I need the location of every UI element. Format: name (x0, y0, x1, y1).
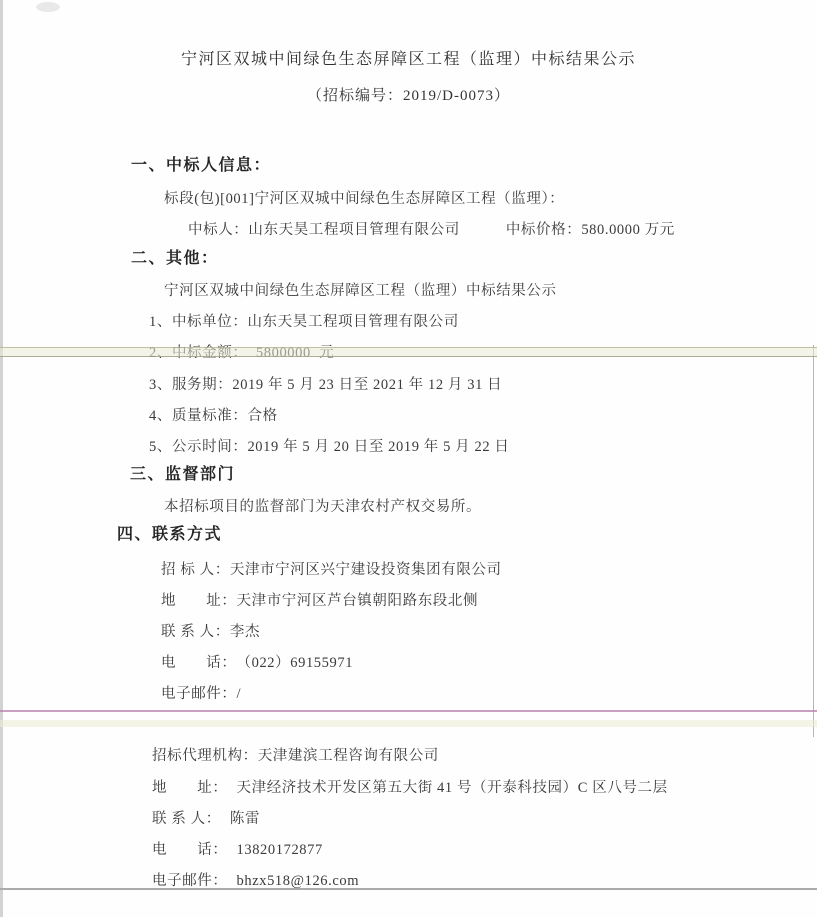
doc-subtitle: （招标编号：2019/D-0073） (0, 86, 817, 106)
lot-line: 标段(包)[001]宁河区双城中间绿色生态屏障区工程（监理）： (164, 189, 564, 209)
doc-title: 宁河区双城中间绿色生态屏障区工程（监理）中标结果公示 (0, 50, 817, 70)
agency-name-value: 天津建滨工程咨询有限公司 (258, 748, 439, 764)
scanned-document-page: 宁河区双城中间绿色生态屏障区工程（监理）中标结果公示 （招标编号：2019/D-… (0, 0, 817, 917)
agency-name-label: 招标代理机构： (152, 746, 258, 766)
tenderer-address-value: 天津市宁河区芦台镇朝阳路东段北侧 (237, 593, 479, 609)
winner-value: 山东天昊工程项目管理有限公司 (248, 222, 459, 238)
supervision-body: 本招标项目的监督部门为天津农村产权交易所。 (164, 497, 481, 517)
scan-seam-pink-line (0, 710, 817, 712)
agency-phone-label: 电 话： (152, 840, 228, 860)
tenderer-email-label: 电子邮件： (161, 684, 237, 704)
tenderer-email-row: 电子邮件：/ (161, 684, 241, 724)
agency-address-label: 地 址： (152, 778, 228, 798)
scan-left-edge-line (0, 0, 3, 917)
tenderer-email-value: / (237, 686, 242, 702)
price-label: 中标价格： (506, 220, 582, 240)
winner-label: 中标人： (188, 220, 248, 240)
tenderer-contact-value: 李杰 (230, 624, 260, 640)
agency-contact-value: 陈雷 (230, 811, 260, 827)
agency-email-label: 电子邮件： (152, 871, 228, 891)
price-group: 中标价格：580.0000 万元 (506, 222, 675, 238)
scan-seam-yellow-band (0, 720, 817, 727)
agency-email-row: 电子邮件：bhzx518@126.com (152, 871, 359, 911)
list-item-winner-unit: 1、中标单位：山东天昊工程项目管理有限公司 (149, 312, 459, 332)
agency-phone-value: 13820172877 (237, 842, 323, 858)
list-item-service-term: 3、服务期：2019 年 5 月 23 日至 2021 年 12 月 31 日 (149, 375, 502, 395)
scan-seam-beige-bottom (0, 356, 817, 357)
winner-line: 中标人：山东天昊工程项目管理有限公司中标价格：580.0000 万元 (188, 220, 675, 260)
tenderer-address-label: 地 址： (161, 591, 237, 611)
scan-right-edge-line (813, 345, 814, 737)
scan-smudge (36, 2, 60, 12)
list-item-quality-std: 4、质量标准：合格 (149, 406, 278, 426)
scan-seam-beige-top (0, 347, 817, 348)
section-heading-winner-info: 一、中标人信息： (131, 156, 271, 176)
section-heading-contact: 四、联系方式 (117, 525, 222, 545)
tenderer-phone-value: （022）69155971 (237, 655, 354, 671)
agency-contact-label: 联 系 人： (152, 809, 221, 829)
agency-email-value: bhzx518@126.com (237, 873, 360, 889)
tenderer-phone-label: 电 话： (161, 653, 237, 673)
section-heading-other: 二、其他： (131, 249, 219, 269)
tenderer-name-label: 招 标 人： (161, 560, 230, 580)
tenderer-name-value: 天津市宁河区兴宁建设投资集团有限公司 (230, 562, 502, 578)
agency-address-value: 天津经济技术开发区第五大街 41 号（开泰科技园）C 区八号二层 (237, 780, 668, 796)
section-heading-supervision: 三、监督部门 (130, 465, 235, 485)
tenderer-contact-label: 联 系 人： (161, 622, 230, 642)
price-value: 580.0000 万元 (581, 222, 675, 238)
scan-bottom-rule (0, 888, 817, 890)
other-intro-line: 宁河区双城中间绿色生态屏障区工程（监理）中标结果公示 (164, 281, 557, 301)
list-item-notice-period: 5、公示时间：2019 年 5 月 20 日至 2019 年 5 月 22 日 (149, 437, 510, 457)
